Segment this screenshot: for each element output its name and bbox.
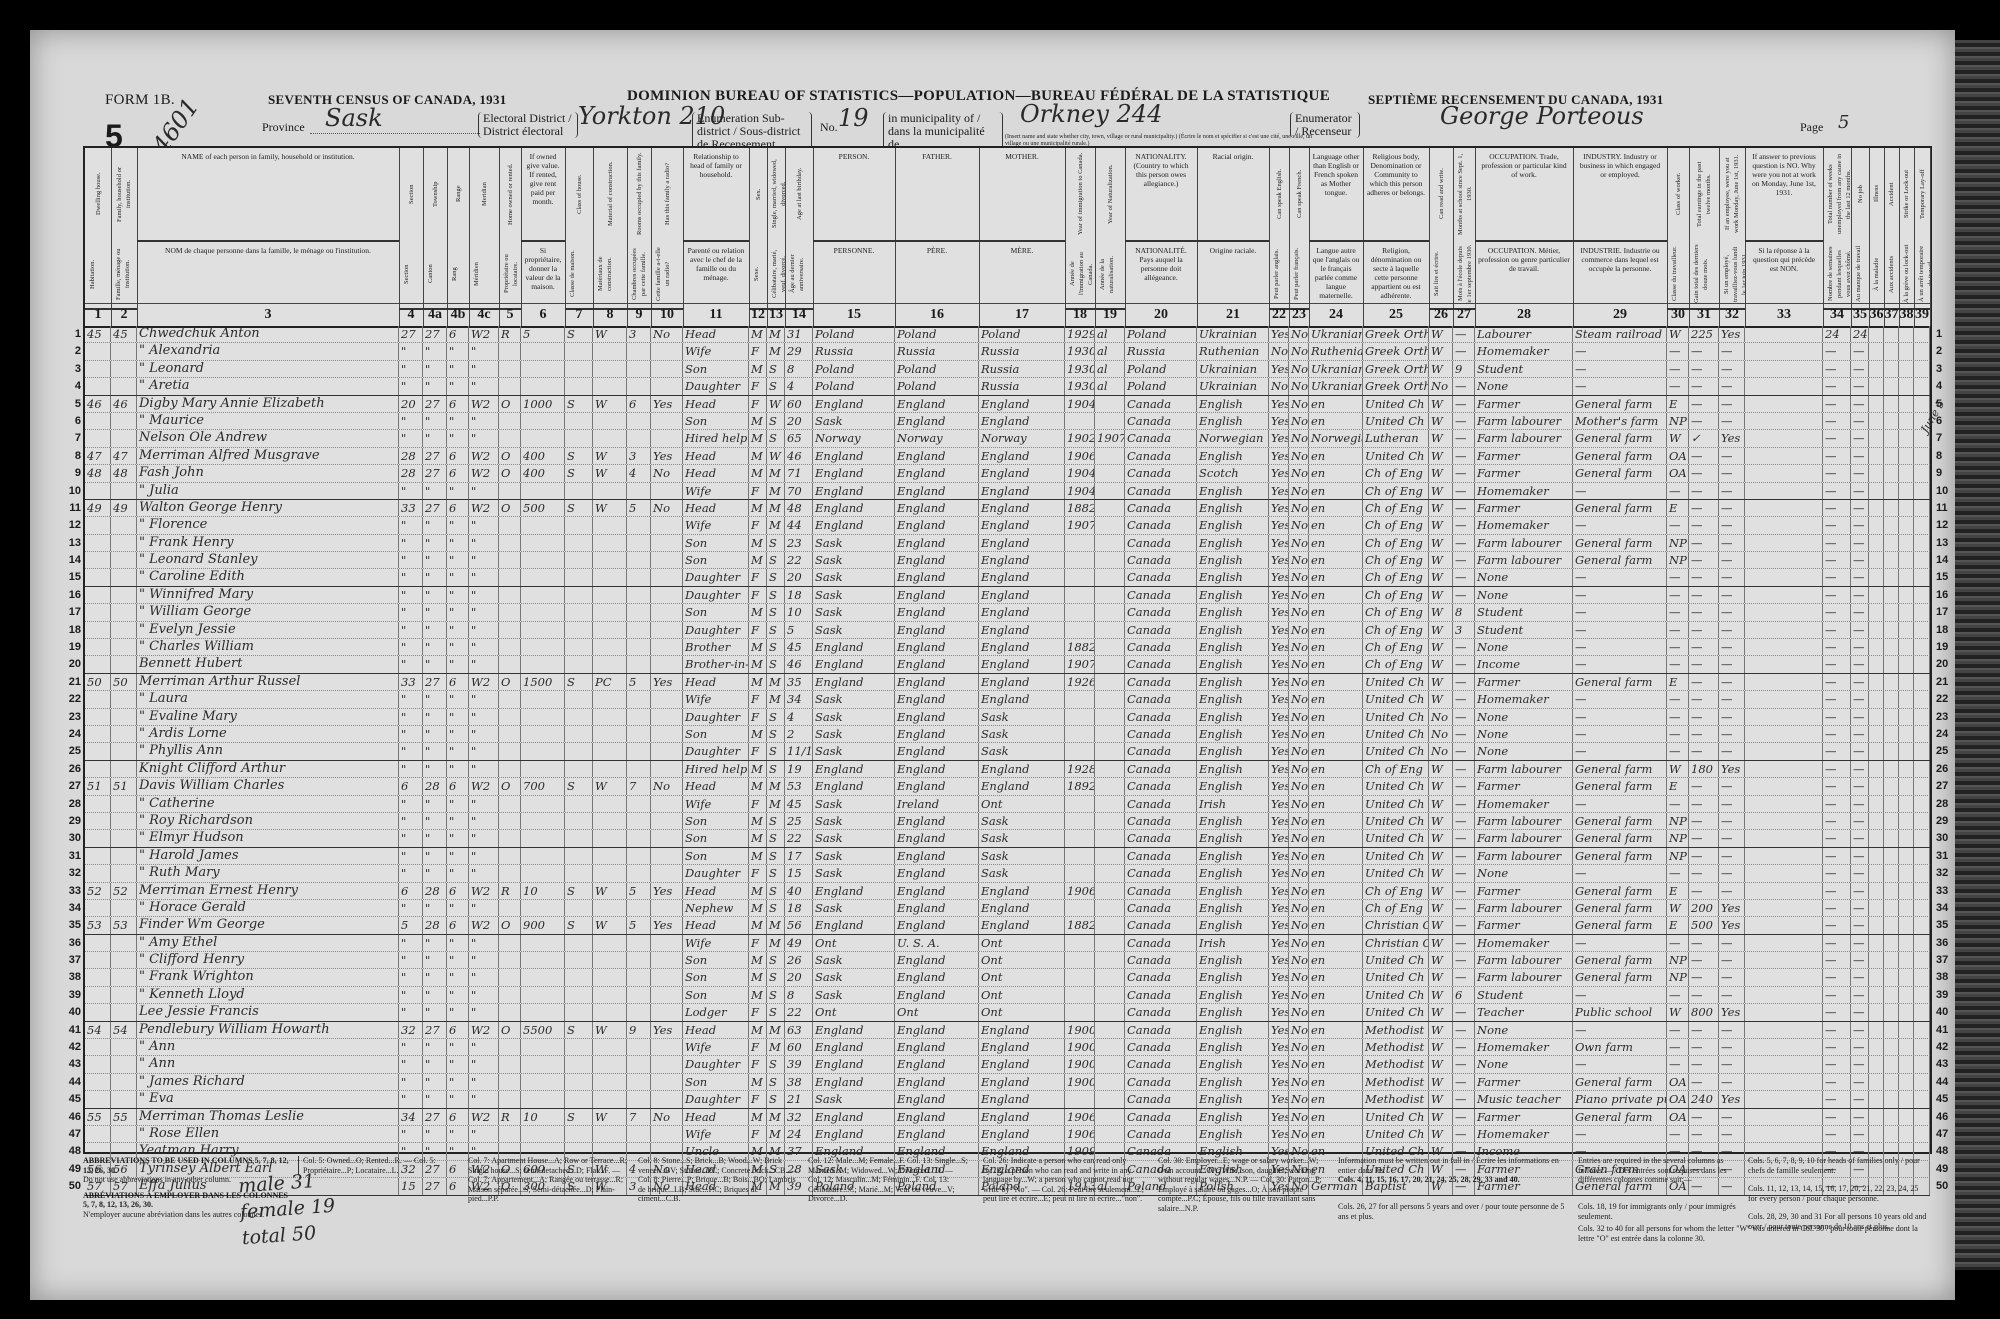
- cell-val: 900: [521, 917, 565, 933]
- cell-sec: ": [399, 413, 423, 429]
- cell-acc: [1884, 1022, 1899, 1038]
- cell-ill: [1869, 622, 1884, 638]
- line-number-right: 50: [1936, 1178, 1960, 1194]
- cell-sex: M: [749, 1109, 767, 1125]
- column-header-en: Racial origin.: [1197, 148, 1269, 165]
- cell-imm: [1065, 691, 1095, 707]
- cell-imm: 1904: [1065, 396, 1095, 412]
- note-entries: Entries are required in the several colu…: [1578, 1156, 1738, 1185]
- film-edge: [1955, 40, 2000, 1270]
- cell-mat: [593, 1004, 627, 1020]
- cell-relig: United Ch: [1363, 413, 1429, 429]
- cell-nat: [1095, 813, 1125, 829]
- cell-fbp: England: [895, 500, 979, 516]
- column-header-fam: Family, household or institution.Famille…: [111, 148, 138, 326]
- cell-mer: W2: [469, 500, 499, 516]
- cell-bp: England: [813, 465, 895, 481]
- cell-mbp: England: [979, 569, 1065, 585]
- cell-fbp: England: [895, 848, 979, 864]
- line-number-right: 12: [1936, 517, 1960, 533]
- enumerator-label: Enumerator / Recenseur: [1290, 112, 1360, 138]
- cell-age: 60: [785, 396, 813, 412]
- table-row: 22" Laura""""WifeFM34SaskEnglandEnglandC…: [85, 691, 1930, 708]
- cell-work: —: [1719, 656, 1745, 672]
- cell-cw: NP: [1667, 552, 1689, 568]
- cell-relig: United Ch: [1363, 448, 1429, 464]
- cell-val: [521, 1126, 565, 1142]
- cell-age: 22: [785, 1004, 813, 1020]
- cell-age: 32: [785, 1109, 813, 1125]
- cell-acc: [1884, 604, 1899, 620]
- cell-dw: [85, 969, 111, 985]
- cell-rw: W: [1429, 1022, 1453, 1038]
- cell-mer: ": [469, 343, 499, 359]
- cell-strike: [1899, 952, 1914, 968]
- cell-dw: 52: [85, 883, 111, 899]
- note-cols32-40: Cols. 32 to 40 for all persons for whom …: [1578, 1224, 1928, 1243]
- cell-temp: [1914, 674, 1930, 690]
- cell-sec: 28: [399, 465, 423, 481]
- cell-mat: W: [593, 1022, 627, 1038]
- cell-fam: [111, 726, 137, 742]
- table-row: 19" Charles William""""BrotherMS45Englan…: [85, 639, 1930, 656]
- cell-fam: 50: [111, 674, 137, 690]
- line-number: 15: [57, 569, 81, 585]
- column-header-fr: Section: [399, 240, 424, 310]
- cell-nationality: Canada: [1125, 622, 1197, 638]
- cell-age: 70: [785, 483, 813, 499]
- column-header-fr: Langue autre que l'anglais ou le françai…: [1309, 240, 1363, 304]
- line-number-right: 27: [1936, 778, 1960, 794]
- cell-eng: Yes: [1269, 813, 1289, 829]
- cell-sch: —: [1453, 1004, 1475, 1020]
- cell-mer: ": [469, 900, 499, 916]
- column-header-sch: Months at school since Sept. 1, 1930.Moi…: [1453, 148, 1476, 326]
- column-header-en: Class of house.: [572, 148, 587, 240]
- cell-mbp: England: [979, 413, 1065, 429]
- cell-nat: al: [1095, 343, 1125, 359]
- column-header-en: Class of worker.: [1671, 148, 1686, 240]
- cell-earn: 800: [1689, 1004, 1719, 1020]
- cell-ill: [1869, 952, 1884, 968]
- line-number-right: 47: [1936, 1126, 1960, 1142]
- table-row: 355353Finder Wm George5286W2O900SW5YesHe…: [85, 917, 1930, 934]
- cell-bp: England: [813, 396, 895, 412]
- cell-rge: ": [447, 813, 469, 829]
- line-number-right: 41: [1936, 1022, 1960, 1038]
- cell-temp: [1914, 1091, 1930, 1107]
- cell-bp: England: [813, 1109, 895, 1125]
- cell-ill: [1869, 865, 1884, 881]
- cell-rge: ": [447, 848, 469, 864]
- cell-eng: Yes: [1269, 430, 1289, 446]
- cell-cw: —: [1667, 361, 1689, 377]
- cell-acc: [1884, 883, 1899, 899]
- cell-acc: [1884, 987, 1899, 1003]
- cell-why: [1745, 448, 1823, 464]
- line-number-right: 23: [1936, 709, 1960, 725]
- cell-occ: Farm labourer: [1475, 830, 1573, 846]
- cell-ms: S: [767, 639, 785, 655]
- cell-why: [1745, 465, 1823, 481]
- cell-sec: 34: [399, 1109, 423, 1125]
- cell-strike: [1899, 430, 1914, 446]
- cell-dw: [85, 987, 111, 1003]
- cell-name: Finder Wm George: [137, 917, 399, 933]
- cell-why: [1745, 622, 1823, 638]
- cell-mt: en: [1309, 1056, 1363, 1072]
- cell-mt: en: [1309, 987, 1363, 1003]
- cell-nationality: Canada: [1125, 691, 1197, 707]
- cell-work: —: [1719, 500, 1745, 516]
- cell-sch: —: [1453, 639, 1475, 655]
- line-number-right: 26: [1936, 761, 1960, 777]
- cell-rel: Son: [683, 848, 749, 864]
- line-number: 1: [57, 326, 81, 342]
- column-header-fr: Chambres occupées par cette famille.: [627, 240, 652, 310]
- cell-fre: No: [1289, 326, 1309, 342]
- column-header-strike: Strike or Lock-outÀ la grève ou lock-out…: [1899, 148, 1915, 326]
- cell-occ: Homemaker: [1475, 1126, 1573, 1142]
- cell-nat: [1095, 1056, 1125, 1072]
- cell-race: English: [1197, 1091, 1269, 1107]
- cell-occ: Farmer: [1475, 778, 1573, 794]
- line-number-right: 42: [1936, 1039, 1960, 1055]
- column-header-twp: TownshipCanton4a: [423, 148, 448, 326]
- cell-fbp: Russia: [895, 343, 979, 359]
- table-row: 6" Maurice""""SonMS20SaskEnglandEnglandC…: [85, 413, 1930, 430]
- line-number: 9: [57, 465, 81, 481]
- cell-mbp: Sask: [979, 813, 1065, 829]
- cell-mer: W2: [469, 448, 499, 464]
- cell-eng: No: [1269, 343, 1289, 359]
- cell-val: 400: [521, 465, 565, 481]
- column-header-en: Rooms occupied by this family.: [632, 148, 647, 240]
- cell-age: 65: [785, 430, 813, 446]
- column-number: 7: [565, 303, 593, 326]
- cell-rel: Son: [683, 413, 749, 429]
- cell-sch: —: [1453, 1091, 1475, 1107]
- cell-nationality: Canada: [1125, 430, 1197, 446]
- cell-mbp: Ont: [979, 935, 1065, 951]
- cell-twp: 27: [423, 1109, 447, 1125]
- line-number: 48: [57, 1143, 81, 1159]
- cell-nationality: Canada: [1125, 743, 1197, 759]
- cell-mat: [593, 378, 627, 394]
- cell-wks: —: [1823, 361, 1851, 377]
- cell-cls: [565, 587, 593, 603]
- cell-cls: [565, 969, 593, 985]
- cell-twp: ": [423, 743, 447, 759]
- cell-fam: [111, 639, 137, 655]
- column-header-race: Racial origin.Origine raciale.21: [1197, 148, 1270, 326]
- cell-acc: [1884, 761, 1899, 777]
- cell-cw: OA: [1667, 448, 1689, 464]
- cell-eng: Yes: [1269, 326, 1289, 342]
- cell-wks: —: [1823, 1091, 1851, 1107]
- cell-relig: United Ch: [1363, 830, 1429, 846]
- column-header-fr: Si propriétaire, donner la valeur de la …: [521, 240, 565, 295]
- cell-name: " Phyllis Ann: [137, 743, 399, 759]
- column-header-rooms: Rooms occupied by this family.Chambres o…: [627, 148, 652, 326]
- cell-bp: Sask: [813, 552, 895, 568]
- cell-fbp: England: [895, 639, 979, 655]
- cell-mbp: England: [979, 587, 1065, 603]
- cell-cls: [565, 1126, 593, 1142]
- cell-sex: F: [749, 709, 767, 725]
- cell-fbp: England: [895, 830, 979, 846]
- cell-dw: [85, 691, 111, 707]
- cell-mt: Ukranian: [1309, 361, 1363, 377]
- cell-name: " Charles William: [137, 639, 399, 655]
- cell-relig: Ch of Eng: [1363, 622, 1429, 638]
- table-row: 15" Caroline Edith""""DaughterFS20SaskEn…: [85, 569, 1930, 586]
- cell-age: 22: [785, 830, 813, 846]
- cell-sec: ": [399, 656, 423, 672]
- cell-rw: W: [1429, 1039, 1453, 1055]
- cell-mer: ": [469, 952, 499, 968]
- cell-bp: Sask: [813, 413, 895, 429]
- cell-mbp: England: [979, 1022, 1065, 1038]
- cell-name: " Ann: [137, 1039, 399, 1055]
- column-header-bp: PERSON.PERSONNE.15: [813, 148, 896, 326]
- cell-relig: United Ch: [1363, 848, 1429, 864]
- cell-mat: [593, 969, 627, 985]
- cell-nojob: —: [1851, 413, 1869, 429]
- cell-mbp: England: [979, 500, 1065, 516]
- cell-eng: Yes: [1269, 1056, 1289, 1072]
- cell-temp: [1914, 900, 1930, 916]
- cell-earn: 180: [1689, 761, 1719, 777]
- cell-fre: No: [1289, 622, 1309, 638]
- cell-cls: [565, 952, 593, 968]
- cell-nojob: —: [1851, 535, 1869, 551]
- cell-rw: W: [1429, 830, 1453, 846]
- cell-earn: —: [1689, 848, 1719, 864]
- cell-bp: Sask: [813, 622, 895, 638]
- cell-fam: [111, 952, 137, 968]
- cell-strike: [1899, 604, 1914, 620]
- cell-rge: ": [447, 569, 469, 585]
- cell-ind: —: [1573, 1126, 1667, 1142]
- cell-age: 35: [785, 674, 813, 690]
- column-number: 17: [979, 303, 1065, 326]
- line-number-right: 15: [1936, 569, 1960, 585]
- cell-mbp: Sask: [979, 743, 1065, 759]
- cell-rooms: [627, 552, 651, 568]
- cell-strike: [1899, 622, 1914, 638]
- cell-dw: [85, 1056, 111, 1072]
- cell-relig: Methodist: [1363, 1056, 1429, 1072]
- cell-mat: W: [593, 396, 627, 412]
- cell-radio: [651, 622, 683, 638]
- cell-cls: S: [565, 448, 593, 464]
- cell-radio: No: [651, 778, 683, 794]
- cell-rge: 6: [447, 1109, 469, 1125]
- cell-ill: [1869, 1109, 1884, 1125]
- cell-sex: M: [749, 987, 767, 1003]
- cell-bp: Sask: [813, 796, 895, 812]
- cell-relig: United Ch: [1363, 987, 1429, 1003]
- line-number-right: 38: [1936, 969, 1960, 985]
- cell-radio: [651, 761, 683, 777]
- cell-sec: ": [399, 430, 423, 446]
- column-header-fr: Rang: [447, 240, 470, 310]
- cell-cls: [565, 848, 593, 864]
- cell-rw: W: [1429, 326, 1453, 342]
- cell-eng: Yes: [1269, 587, 1289, 603]
- cell-dw: 51: [85, 778, 111, 794]
- table-row: 42" Ann""""WifeFM60EnglandEnglandEngland…: [85, 1039, 1930, 1056]
- cell-rel: Daughter: [683, 1091, 749, 1107]
- cell-rw: W: [1429, 865, 1453, 881]
- cell-why: [1745, 656, 1823, 672]
- footer-instructions: ABBREVIATIONS TO BE USED IN COLUMNS 5, 7…: [83, 1152, 1928, 1252]
- cell-age: 5: [785, 622, 813, 638]
- line-number-right: 17: [1936, 604, 1960, 620]
- cell-fam: [111, 743, 137, 759]
- cell-temp: [1914, 952, 1930, 968]
- cell-ind: General farm: [1573, 500, 1667, 516]
- cell-sex: F: [749, 1091, 767, 1107]
- cell-acc: [1884, 361, 1899, 377]
- cell-work: —: [1719, 830, 1745, 846]
- cell-name: " Roy Richardson: [137, 813, 399, 829]
- cell-nojob: —: [1851, 709, 1869, 725]
- cell-ill: [1869, 326, 1884, 342]
- cell-nojob: —: [1851, 1039, 1869, 1055]
- cell-earn: 500: [1689, 917, 1719, 933]
- cell-mbp: England: [979, 552, 1065, 568]
- cell-rw: W: [1429, 1109, 1453, 1125]
- cell-name: " Evaline Mary: [137, 709, 399, 725]
- full-info-text: Information must be written out in full …: [1338, 1156, 1568, 1175]
- cell-mat: [593, 552, 627, 568]
- cell-ind: General farm: [1573, 1074, 1667, 1090]
- cell-dw: [85, 413, 111, 429]
- cell-relig: Ch of Eng: [1363, 761, 1429, 777]
- cell-rooms: [627, 935, 651, 951]
- cell-twp: ": [423, 952, 447, 968]
- cell-wks: —: [1823, 448, 1851, 464]
- cell-mt: en: [1309, 448, 1363, 464]
- cell-bp: Sask: [813, 952, 895, 968]
- cell-imm: 1926: [1065, 674, 1095, 690]
- cell-ind: —: [1573, 656, 1667, 672]
- cell-strike: [1899, 778, 1914, 794]
- cell-dw: [85, 535, 111, 551]
- line-number: 26: [57, 761, 81, 777]
- column-number: 35: [1851, 303, 1869, 326]
- cell-nojob: —: [1851, 778, 1869, 794]
- cell-acc: [1884, 430, 1899, 446]
- cell-radio: [651, 378, 683, 394]
- cell-sch: —: [1453, 378, 1475, 394]
- cell-cw: —: [1667, 1039, 1689, 1055]
- cell-ill: [1869, 1039, 1884, 1055]
- cell-name: " Leonard: [137, 361, 399, 377]
- cell-relig: United Ch: [1363, 743, 1429, 759]
- cell-sec: ": [399, 935, 423, 951]
- cell-twp: ": [423, 1004, 447, 1020]
- cell-eng: Yes: [1269, 622, 1289, 638]
- cell-cls: [565, 691, 593, 707]
- cell-eng: Yes: [1269, 569, 1289, 585]
- cell-bp: England: [813, 483, 895, 499]
- cell-rooms: 6: [627, 396, 651, 412]
- cell-mat: [593, 483, 627, 499]
- cell-ind: General farm: [1573, 900, 1667, 916]
- cell-mer: ": [469, 569, 499, 585]
- cell-eng: Yes: [1269, 848, 1289, 864]
- cell-age: 8: [785, 361, 813, 377]
- cell-nojob: —: [1851, 1056, 1869, 1072]
- cell-acc: [1884, 639, 1899, 655]
- line-number: 2: [57, 343, 81, 359]
- line-number: 36: [57, 935, 81, 951]
- cell-acc: [1884, 935, 1899, 951]
- cell-ms: S: [767, 1074, 785, 1090]
- cell-val: 10: [521, 1109, 565, 1125]
- cell-imm: 1929: [1065, 326, 1095, 342]
- cell-bp: England: [813, 1056, 895, 1072]
- cell-bp: Sask: [813, 987, 895, 1003]
- cell-sex: F: [749, 1004, 767, 1020]
- cell-own: [499, 361, 521, 377]
- cell-nat: [1095, 987, 1125, 1003]
- cell-race: English: [1197, 639, 1269, 655]
- cell-name: " James Richard: [137, 1074, 399, 1090]
- cell-ind: General farm: [1573, 969, 1667, 985]
- cell-earn: —: [1689, 674, 1719, 690]
- cell-rge: ": [447, 935, 469, 951]
- cell-strike: [1899, 535, 1914, 551]
- cell-ms: S: [767, 1004, 785, 1020]
- cell-eng: Yes: [1269, 1074, 1289, 1090]
- cell-bp: Sask: [813, 604, 895, 620]
- cell-strike: [1899, 465, 1914, 481]
- cell-twp: ": [423, 1056, 447, 1072]
- cell-rge: ": [447, 1039, 469, 1055]
- cell-twp: ": [423, 900, 447, 916]
- cell-rge: ": [447, 691, 469, 707]
- cell-fre: No: [1289, 430, 1309, 446]
- cell-mbp: Poland: [979, 326, 1065, 342]
- cell-mt: Ukranian: [1309, 326, 1363, 342]
- cell-sex: M: [749, 726, 767, 742]
- cell-imm: 1902: [1065, 430, 1095, 446]
- cell-fre: No: [1289, 517, 1309, 533]
- column-number: 36: [1869, 303, 1884, 326]
- cell-fbp: England: [895, 1126, 979, 1142]
- cell-fbp: England: [895, 917, 979, 933]
- table-row: 40Lee Jessie Francis""""LodgerFS22OntOnt…: [85, 1004, 1930, 1021]
- line-number-right: 20: [1936, 656, 1960, 672]
- cell-mat: [593, 1126, 627, 1142]
- cell-sch: —: [1453, 430, 1475, 446]
- cell-sex: F: [749, 935, 767, 951]
- cell-mt: en: [1309, 813, 1363, 829]
- cell-work: —: [1719, 535, 1745, 551]
- cell-cls: [565, 535, 593, 551]
- cell-name: " Aretia: [137, 378, 399, 394]
- cell-race: English: [1197, 952, 1269, 968]
- cell-sch: —: [1453, 830, 1475, 846]
- cell-rel: Head: [683, 396, 749, 412]
- cell-rge: 6: [447, 465, 469, 481]
- note-full-info: Information must be written out in full …: [1338, 1156, 1568, 1185]
- cell-acc: [1884, 396, 1899, 412]
